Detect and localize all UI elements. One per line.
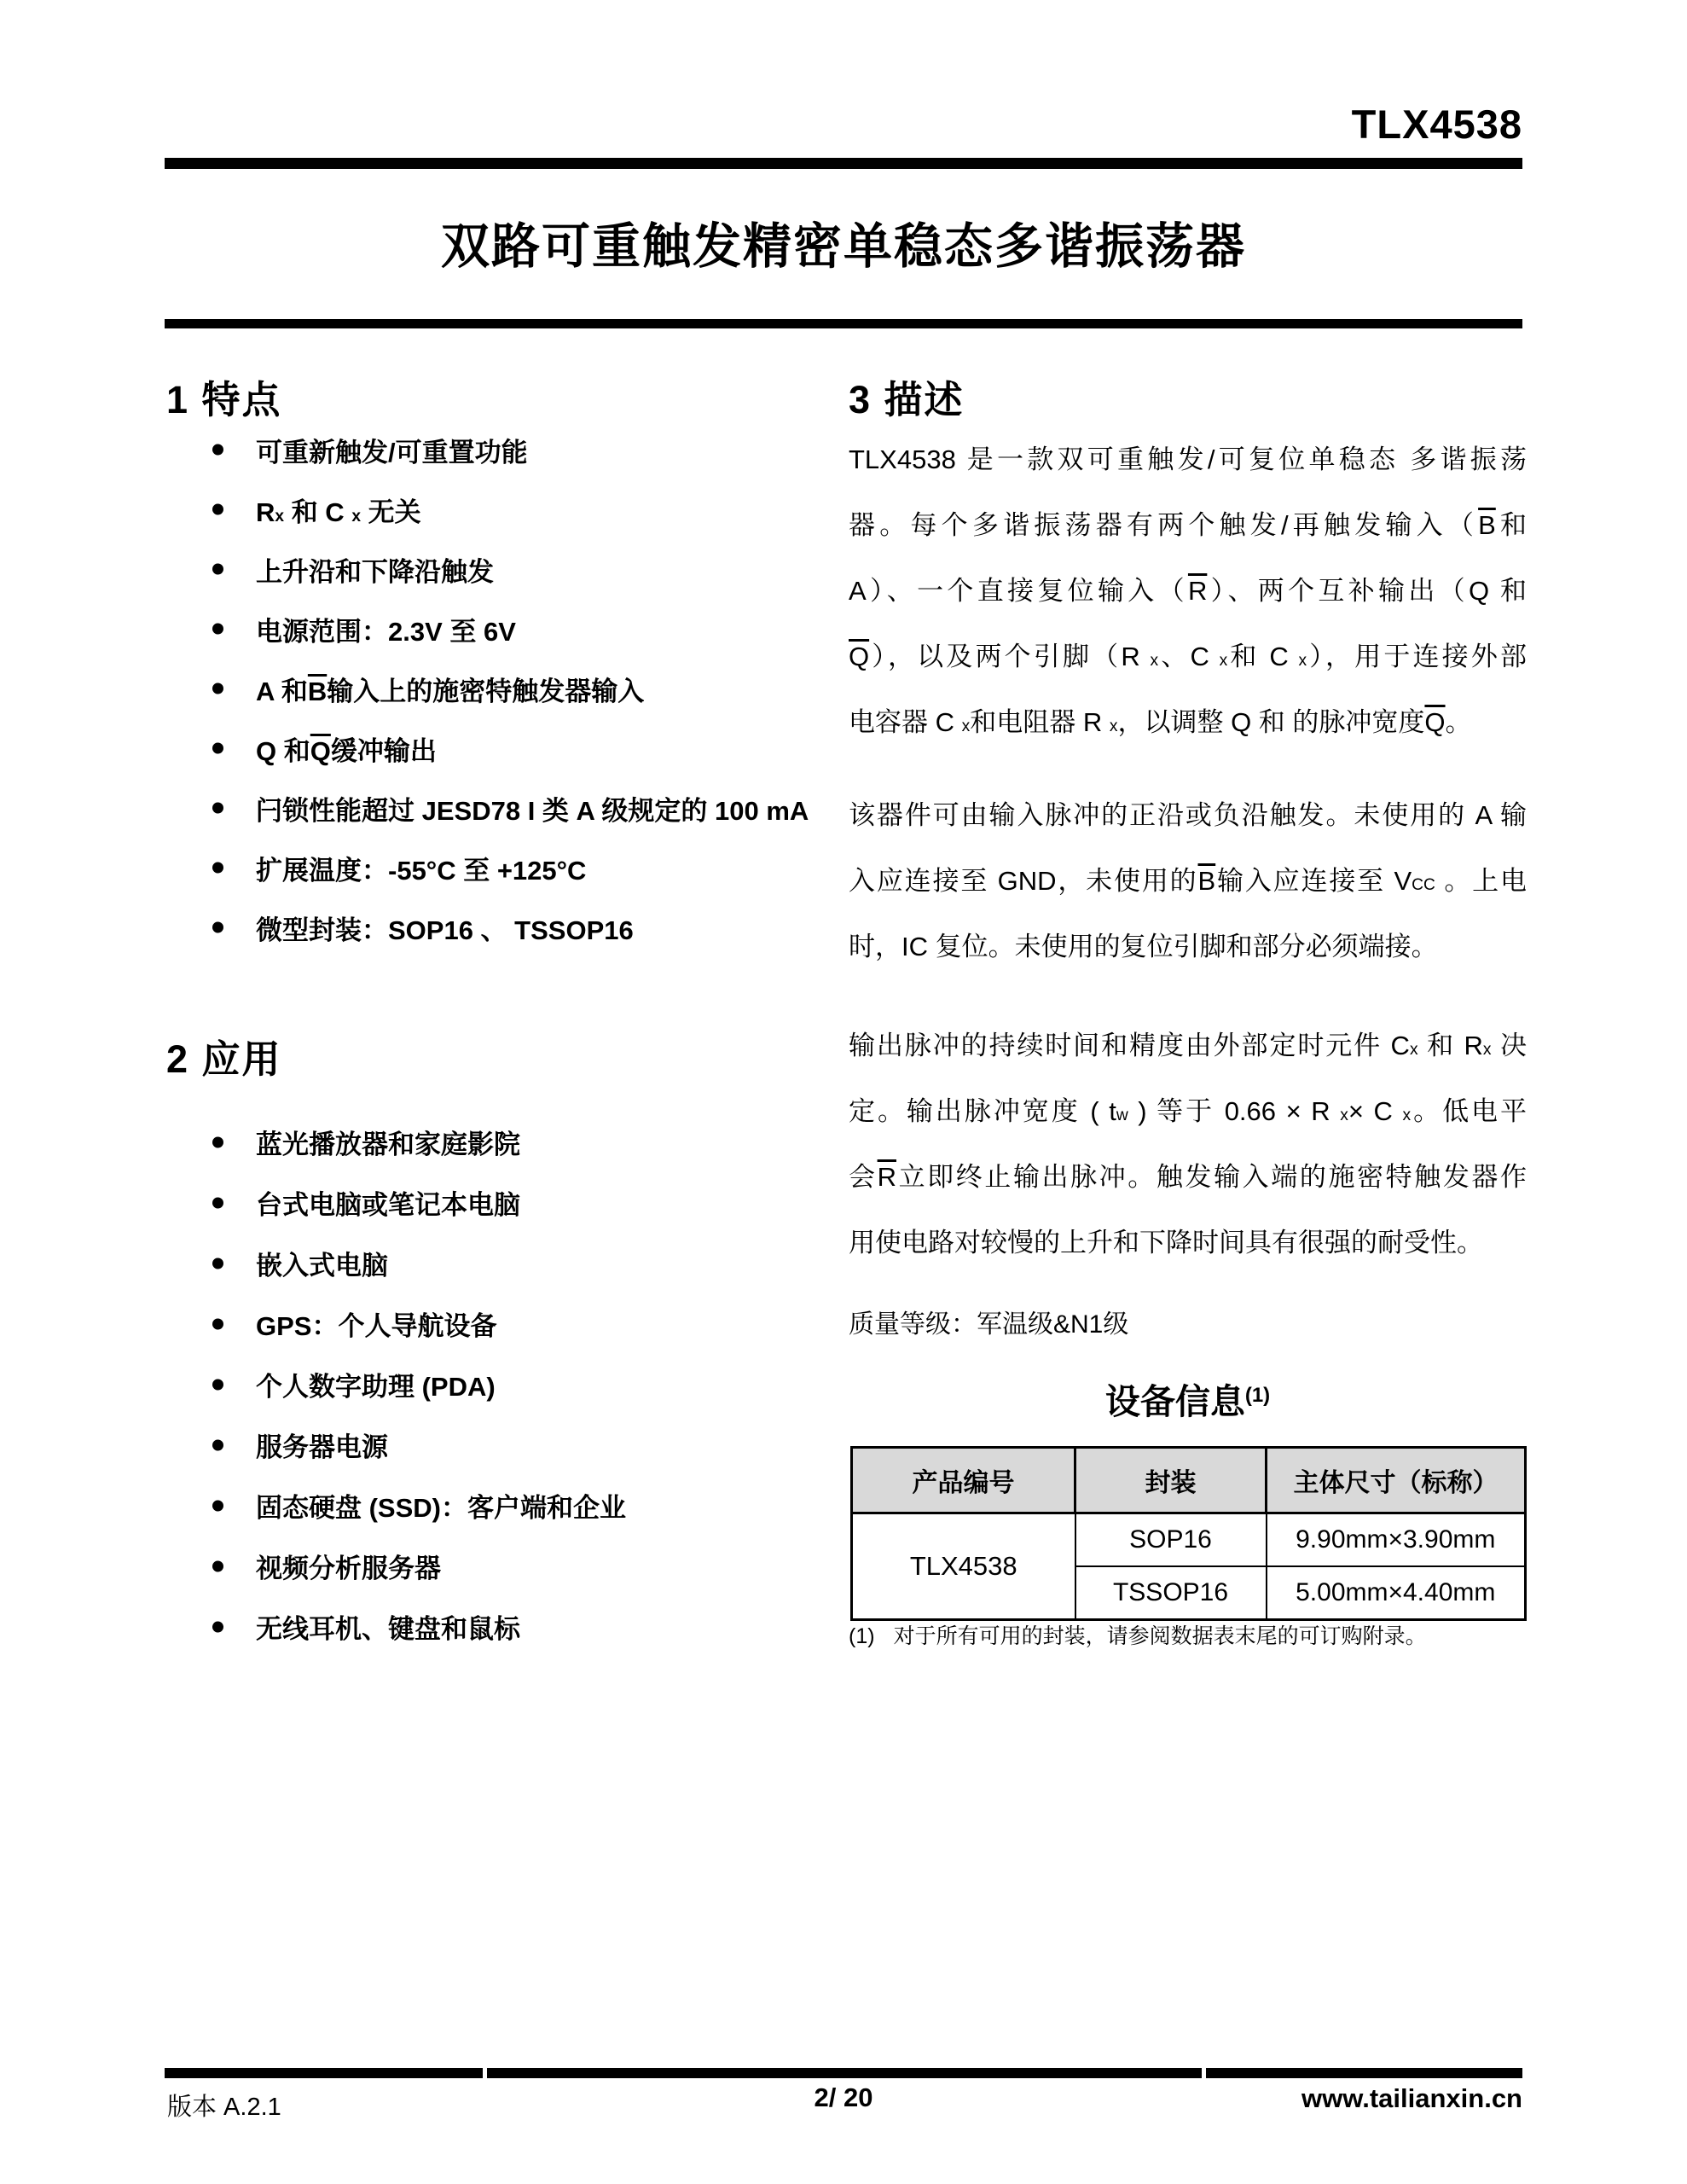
table-footnote: (1)对于所有可用的封装，请参阅数据表末尾的可订购附录。 — [849, 1619, 1427, 1650]
bullet-icon — [212, 743, 223, 754]
description-line: 时，IC 复位。未使用的复位引脚和部分必须端接。 — [849, 914, 1527, 979]
footer-website: www.tailianxin.cn — [1301, 2083, 1522, 2114]
description-line: 会R立即终止输出脉冲。触发输入端的施密特触发器作 — [849, 1144, 1527, 1210]
bullet-icon — [212, 683, 223, 694]
header-rule — [165, 158, 1522, 169]
bullet-icon — [212, 1500, 223, 1511]
bullet-icon — [212, 1439, 223, 1450]
footnote-number: (1) — [849, 1624, 875, 1648]
bullet-text: 闩锁性能超过 JESD78 I 类 A 级规定的 100 mA — [166, 789, 809, 828]
datasheet-page: TLX4538 双路可重触发精密单稳态多谐振荡器 1 特点 可重新触发/可重置功… — [0, 0, 1687, 2184]
title-rule — [165, 319, 1522, 328]
list-item: 电源范围：2.3V 至 6V — [166, 599, 836, 659]
bullet-text: 嵌入式电脑 — [166, 1244, 388, 1282]
description-line: 器。每个多谐振荡器有两个触发/再触发输入（B和 — [849, 492, 1527, 558]
bullet-icon — [212, 1258, 223, 1269]
description-line: 电容器 C x和电阻器 R x，以调整 Q 和 的脉冲宽度Q。 — [849, 689, 1527, 755]
footnote-text: 对于所有可用的封装，请参阅数据表末尾的可订购附录。 — [894, 1624, 1427, 1648]
bullet-icon — [212, 1318, 223, 1329]
bullet-text: Rx 和 C x 无关 — [166, 491, 421, 529]
bullet-icon — [212, 1136, 223, 1147]
list-item: 固态硬盘 (SSD)：客户端和企业 — [166, 1475, 836, 1536]
list-item: 上升沿和下降沿触发 — [166, 539, 836, 599]
description-line: 入应连接至 GND，未使用的B输入应连接至 VCC 。上电 — [849, 848, 1527, 914]
device-info-title: 设备信息(1) — [849, 1374, 1527, 1424]
part-number: TLX4538 — [1352, 101, 1522, 148]
bullet-text: 服务器电源 — [166, 1426, 388, 1464]
description-line: TLX4538 是一款双可重触发/可复位单稳态 多谐振荡 — [849, 427, 1527, 492]
list-item: Q 和Q缓冲输出 — [166, 718, 836, 778]
description-line: 用使电路对较慢的上升和下降时间具有很强的耐受性。 — [849, 1210, 1527, 1275]
footer-rule — [1206, 2068, 1522, 2078]
bullet-icon — [212, 922, 223, 933]
applications-list: 蓝光播放器和家庭影院台式电脑或笔记本电脑嵌入式电脑GPS：个人导航设备个人数字助… — [166, 1112, 836, 1657]
section-heading-applications: 2 应用 — [166, 1028, 282, 1083]
list-item: 台式电脑或笔记本电脑 — [166, 1172, 836, 1233]
bullet-icon — [212, 803, 223, 814]
device-info-title-text: 设备信息 — [1105, 1382, 1245, 1421]
section-heading-features: 1 特点 — [166, 369, 282, 424]
device-info-title-footnote-ref: (1) — [1245, 1384, 1270, 1407]
list-item: 个人数字助理 (PDA) — [166, 1354, 836, 1414]
bullet-text: 微型封装：SOP16 、 TSSOP16 — [166, 909, 634, 947]
table-row: TLX4538 SOP16 9.90mm×3.90mm — [852, 1513, 1526, 1567]
bullet-icon — [212, 564, 223, 575]
list-item: 服务器电源 — [166, 1414, 836, 1475]
list-item: A 和B输入上的施密特触发器输入 — [166, 659, 836, 718]
description-line: A）、一个直接复位输入（R）、两个互补输出（Q 和 — [849, 558, 1527, 624]
footer-rule — [487, 2068, 1202, 2078]
cell-package: TSSOP16 — [1075, 1566, 1267, 1620]
section-heading-description: 3 描述 — [849, 369, 965, 424]
cell-body-size: 5.00mm×4.40mm — [1267, 1566, 1526, 1620]
bullet-icon — [212, 624, 223, 635]
list-item: 扩展温度：-55°C 至 +125°C — [166, 838, 836, 897]
bullet-icon — [212, 504, 223, 515]
bullet-icon — [212, 1560, 223, 1571]
list-item: 可重新触发/可重置功能 — [166, 420, 836, 479]
col-header-part-number: 产品编号 — [852, 1448, 1075, 1513]
bullet-text: 固态硬盘 (SSD)：客户端和企业 — [166, 1486, 626, 1525]
description-paragraph: 输出脉冲的持续时间和精度由外部定时元件 Cx 和 Rx 决定。输出脉冲宽度 ( … — [849, 1013, 1527, 1275]
bullet-text: 扩展温度：-55°C 至 +125°C — [166, 849, 586, 887]
col-header-body-size: 主体尺寸（标称） — [1267, 1448, 1526, 1513]
cell-body-size: 9.90mm×3.90mm — [1267, 1513, 1526, 1567]
list-item: GPS：个人导航设备 — [166, 1293, 836, 1354]
list-item: Rx 和 C x 无关 — [166, 479, 836, 539]
list-item: 视频分析服务器 — [166, 1536, 836, 1596]
footer-rule — [165, 2068, 483, 2078]
bullet-text: 视频分析服务器 — [166, 1547, 441, 1585]
bullet-icon — [212, 1379, 223, 1390]
bullet-icon — [212, 1621, 223, 1632]
features-list: 可重新触发/可重置功能 Rx 和 C x 无关上升沿和下降沿触发电源范围：2.3… — [166, 420, 836, 957]
bullet-icon — [212, 444, 223, 456]
cell-package: SOP16 — [1075, 1513, 1267, 1567]
table-header-row: 产品编号 封装 主体尺寸（标称） — [852, 1448, 1526, 1513]
description-paragraph: TLX4538 是一款双可重触发/可复位单稳态 多谐振荡器。每个多谐振荡器有两个… — [849, 427, 1527, 755]
device-info-table: 产品编号 封装 主体尺寸（标称） TLX4538 SOP16 9.90mm×3.… — [850, 1446, 1527, 1621]
list-item: 闩锁性能超过 JESD78 I 类 A 级规定的 100 mA — [166, 778, 836, 838]
bullet-text: A 和B输入上的施密特触发器输入 — [166, 670, 644, 708]
list-item: 无线耳机、键盘和鼠标 — [166, 1596, 836, 1657]
list-item: 微型封装：SOP16 、 TSSOP16 — [166, 897, 836, 957]
bullet-text: Q 和Q缓冲输出 — [166, 729, 437, 768]
cell-part-number: TLX4538 — [852, 1513, 1075, 1620]
quality-grade: 质量等级：军温级&N1级 — [849, 1303, 1128, 1340]
col-header-package: 封装 — [1075, 1448, 1267, 1513]
bullet-icon — [212, 1197, 223, 1208]
description-line: 该器件可由输入脉冲的正沿或负沿触发。未使用的 A 输 — [849, 782, 1527, 848]
description-line: 输出脉冲的持续时间和精度由外部定时元件 Cx 和 Rx 决 — [849, 1013, 1527, 1078]
list-item: 蓝光播放器和家庭影院 — [166, 1112, 836, 1172]
description-line: 定。输出脉冲宽度 ( tw ) 等于 0.66 × R x× C x。低电平 — [849, 1078, 1527, 1144]
page-title: 双路可重触发精密单稳态多谐振荡器 — [0, 207, 1687, 277]
list-item: 嵌入式电脑 — [166, 1233, 836, 1293]
description-paragraph: 该器件可由输入脉冲的正沿或负沿触发。未使用的 A 输入应连接至 GND，未使用的… — [849, 782, 1527, 979]
description-line: Q），以及两个引脚（R x、C x和 C x），用于连接外部 — [849, 624, 1527, 689]
bullet-icon — [212, 863, 223, 874]
